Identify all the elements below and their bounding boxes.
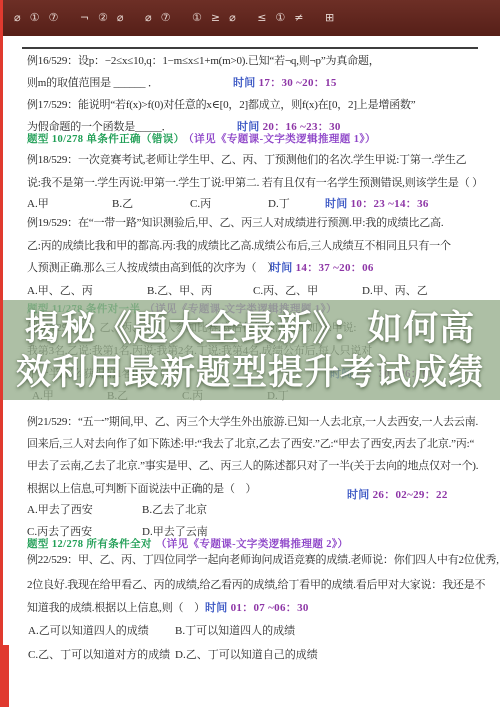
problem21-options-row2: C.丙去了西安 D.甲去了云南 bbox=[0, 523, 500, 537]
option-b: B.乙 bbox=[112, 195, 133, 211]
time-label: 时间 bbox=[270, 262, 293, 274]
problem21-line1: 例21/529：“五一”期间,甲、乙、丙三个大学生外出旅游.已知一人去北京,一人… bbox=[27, 413, 478, 429]
time-label: 时间 bbox=[347, 489, 370, 501]
time-value: 10：23 ~14：36 bbox=[351, 198, 429, 210]
time-label: 时间 bbox=[205, 602, 228, 614]
problem18-line1: 例18/529：一次竞赛考试,老师让学生甲、乙、丙、丁预测他们的名次.学生甲说:… bbox=[27, 151, 466, 167]
problem21-line3: 甲去了云南,乙去了北京.”事实是甲、乙、丙三人的陈述都只对了一半(关于去向的地点… bbox=[27, 457, 478, 473]
screenshot-root: ⌀①⑦ ¬②⌀ ⌀⑦ ①≥⌀ ≤①≠ ⊞ 例16/529：设p：−2≤x≤10,… bbox=[0, 0, 500, 707]
promo-banner-overlay[interactable]: 揭秘《题大全最新》：如何高 效利用最新题型提升考试成绩 bbox=[0, 300, 500, 400]
option-c: C.丙 bbox=[190, 195, 211, 211]
type-heading-reference: （详见《专题课-文字类逻辑推理题 2》） bbox=[156, 539, 349, 550]
type-heading-12: 题型 12/278 所有条件全对（详见《专题课-文字类逻辑推理题 2》） bbox=[27, 536, 348, 551]
promo-title-line2: 效利用最新题型提升考试成绩 bbox=[0, 350, 500, 395]
option-c: C.丙、乙、甲 bbox=[253, 282, 318, 298]
problem22-options-row2: C.乙、丁可以知道对方的成绩 D.乙、丁可以知道自己的成绩 bbox=[0, 646, 500, 660]
option-c: C.乙、丁可以知道对方的成绩 bbox=[28, 646, 170, 662]
problem19-options: A.甲、乙、丙 B.乙、甲、丙 C.丙、乙、甲 D.甲、丙、乙 bbox=[0, 282, 500, 296]
time-stamp-1: 时间17：30 ~20：15 bbox=[233, 74, 337, 90]
option-a: A.乙可以知道四人的成绩 bbox=[28, 622, 149, 638]
type-heading-title: 题型 10/278 单条件正确（错误） bbox=[27, 134, 185, 145]
time-stamp-3: 时间10：23 ~14：36 bbox=[325, 195, 429, 211]
time-value: 01：07 ~06：30 bbox=[231, 602, 309, 614]
problem17-line1: 例17/529：能说明“若f(x)>f(0)对任意的x∈[0，2]都成立，则f(… bbox=[27, 96, 416, 112]
time-stamp-4: 时间14：37 ~20：06 bbox=[270, 259, 374, 275]
option-a: A.甲 bbox=[27, 195, 49, 211]
type-heading-10: 题型 10/278 单条件正确（错误）（详见《专题课-文字类逻辑推理题 1》） bbox=[27, 131, 376, 146]
bottom-left-red-bar bbox=[0, 645, 9, 707]
promo-title-line1: 揭秘《题大全最新》：如何高 bbox=[0, 306, 500, 351]
option-a: A.甲去了西安 bbox=[27, 501, 93, 517]
problem19-line1: 例19/529：在“一带一路”知识测验后,甲、乙、丙三人对成绩进行预测.甲:我的… bbox=[27, 214, 443, 230]
problem21-line4: 根据以上信息,可判断下面说法中正确的是（ ） bbox=[27, 480, 256, 496]
top-decorative-bar: ⌀①⑦ ¬②⌀ ⌀⑦ ①≥⌀ ≤①≠ ⊞ bbox=[0, 0, 500, 36]
problem21-options-row1: A.甲去了西安 B.乙去了北京 bbox=[0, 501, 500, 515]
problem22-line1: 例22/529：甲、乙、丙、丁四位同学一起向老师询问成语竞赛的成绩.老师说：你们… bbox=[27, 551, 499, 567]
option-b: B.乙去了北京 bbox=[142, 501, 207, 517]
problem19-line2: 乙:丙的成绩比我和甲的都高.丙:我的成绩比乙高.成绩公布后,三人成绩互不相同且只… bbox=[27, 237, 451, 253]
option-d: D.甲、丙、乙 bbox=[362, 282, 428, 298]
time-value: 14：37 ~20：06 bbox=[296, 262, 374, 274]
problem22-line2: 2位良好.我现在给甲看乙、丙的成绩,给乙看丙的成绩,给丁看甲的成绩.看后甲对大家… bbox=[27, 576, 485, 592]
option-b: B.丁可以知道四人的成绩 bbox=[175, 622, 295, 638]
time-stamp-6: 时间01：07 ~06：30 bbox=[205, 599, 309, 615]
problem16-line1: 例16/529：设p：−2≤x≤10,q：1−m≤x≤1+m(m>0).已知“若… bbox=[27, 52, 380, 68]
option-b: B.乙、甲、丙 bbox=[147, 282, 212, 298]
time-stamp-5: 时间26：02~29：22 bbox=[347, 486, 448, 502]
horizontal-rule bbox=[22, 47, 478, 49]
left-red-edge-line bbox=[0, 0, 3, 707]
option-d: D.丁 bbox=[268, 195, 290, 211]
problem19-line3: 人预测正确.那么三人按成绩由高到低的次序为（ ） bbox=[27, 259, 278, 275]
time-value: 17：30 ~20：15 bbox=[259, 77, 337, 89]
problem16-line2-blank: 则m的取值范围是 ______ ． bbox=[27, 74, 159, 90]
option-d: D.乙、丁可以知道自己的成绩 bbox=[175, 646, 318, 662]
type-heading-title: 题型 12/278 所有条件全对 bbox=[27, 539, 152, 550]
problem22-line3: 知道我的成绩.根据以上信息,则（ ） bbox=[27, 599, 205, 615]
problem18-line2: 说:我不是第一.学生丙说:甲第一.学生丁说:甲第二. 若有且仅有一名学生预测错误… bbox=[27, 174, 483, 190]
problem22-options-row1: A.乙可以知道四人的成绩 B.丁可以知道四人的成绩 bbox=[0, 622, 500, 636]
time-label: 时间 bbox=[325, 198, 348, 210]
math-symbols-decoration: ⌀①⑦ ¬②⌀ ⌀⑦ ①≥⌀ ≤①≠ ⊞ bbox=[14, 11, 343, 24]
problem21-line2: 回来后,三人对去向作了如下陈述:甲:“我去了北京,乙去了西安.”乙:“甲去了西安… bbox=[27, 435, 474, 451]
time-label: 时间 bbox=[233, 77, 256, 89]
type-heading-reference: （详见《专题课-文字类逻辑推理题 1》） bbox=[189, 134, 376, 145]
time-value: 26：02~29：22 bbox=[373, 489, 448, 501]
option-a: A.甲、乙、丙 bbox=[27, 282, 93, 298]
